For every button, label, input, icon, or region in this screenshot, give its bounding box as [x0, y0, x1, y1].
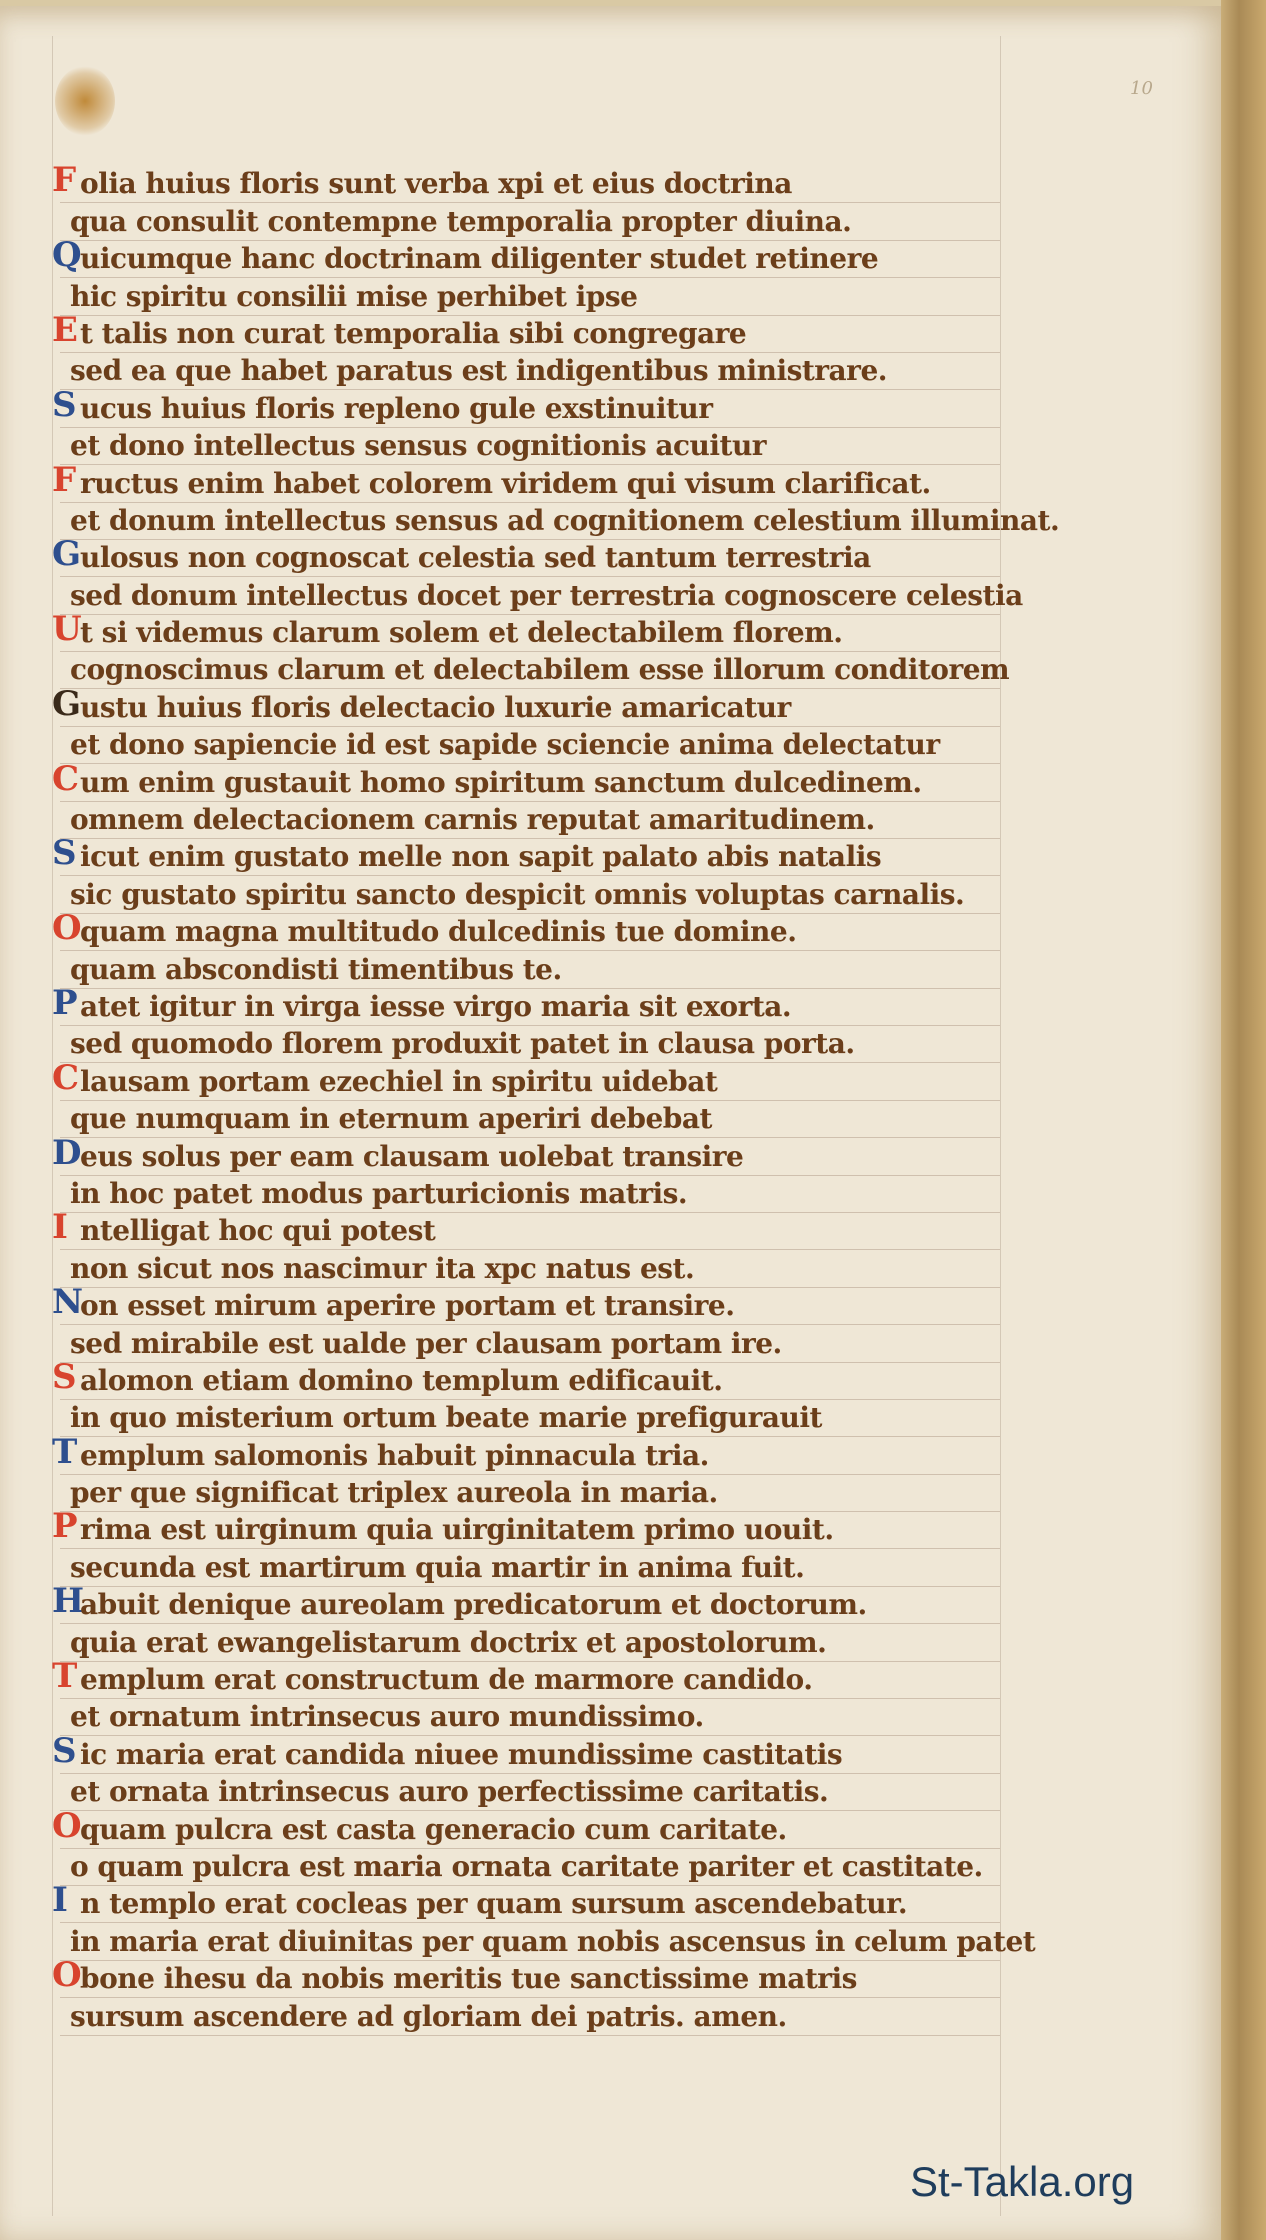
- initial-letter: S: [52, 385, 77, 425]
- manuscript-line: sursum ascendere ad gloriam dei patris. …: [60, 1998, 1000, 2035]
- line-text: sursum ascendere ad gloriam dei patris. …: [70, 2000, 787, 2033]
- line-text: quia erat ewangelistarum doctrix et apos…: [70, 1626, 826, 1659]
- line-text: in hoc patet modus parturicionis matris.: [70, 1177, 687, 1210]
- manuscript-line: Ut si videmus clarum solem et delectabil…: [60, 615, 1000, 652]
- line-text: per que significat triplex aureola in ma…: [70, 1476, 718, 1509]
- manuscript-line: Sucus huius floris repleno gule exstinui…: [60, 390, 1000, 427]
- line-text: olia huius floris sunt verba xpi et eius…: [80, 167, 792, 200]
- manuscript-line: sed quomodo florem produxit patet in cla…: [60, 1026, 1000, 1063]
- manuscript-line: Et talis non curat temporalia sibi congr…: [60, 316, 1000, 353]
- folio-number: 10: [1130, 78, 1153, 99]
- line-text: in maria erat diuinitas per quam nobis a…: [70, 1925, 1035, 1958]
- line-text: abuit denique aureolam predicatorum et d…: [80, 1588, 867, 1621]
- line-text: rima est uirginum quia uirginitatem prim…: [80, 1513, 834, 1546]
- manuscript-line: Sicut enim gustato melle non sapit palat…: [60, 839, 1000, 876]
- line-text: um enim gustauit homo spiritum sanctum d…: [80, 766, 922, 799]
- line-text: atet igitur in virga iesse virgo maria s…: [80, 990, 791, 1023]
- initial-letter: C: [52, 1058, 79, 1098]
- manuscript-page: 10 Folia huius floris sunt verba xpi et …: [0, 6, 1225, 2240]
- manuscript-line: sed ea que habet paratus est indigentibu…: [60, 353, 1000, 390]
- watermark: St-Takla.org: [910, 2158, 1134, 2206]
- line-text: et dono sapiencie id est sapide sciencie…: [70, 728, 940, 761]
- line-text: uicumque hanc doctrinam diligenter stude…: [80, 242, 878, 275]
- line-text: ulosus non cognoscat celestia sed tantum…: [80, 541, 871, 574]
- line-text: t talis non curat temporalia sibi congre…: [80, 317, 746, 350]
- manuscript-line: Fructus enim habet colorem viridem qui v…: [60, 465, 1000, 502]
- initial-letter: N: [52, 1282, 83, 1322]
- manuscript-line: Prima est uirginum quia uirginitatem pri…: [60, 1512, 1000, 1549]
- manuscript-line: Gustu huius floris delectacio luxurie am…: [60, 689, 1000, 726]
- manuscript-line: et dono sapiencie id est sapide sciencie…: [60, 727, 1000, 764]
- manuscript-line: Quicumque hanc doctrinam diligenter stud…: [60, 241, 1000, 278]
- manuscript-line: In templo erat cocleas per quam sursum a…: [60, 1886, 1000, 1923]
- manuscript-line: et ornatum intrinsecus auro mundissimo.: [60, 1699, 1000, 1736]
- line-text: icut enim gustato melle non sapit palato…: [80, 840, 881, 873]
- line-text: et ornata intrinsecus auro perfectissime…: [70, 1775, 828, 1808]
- manuscript-line: Gulosus non cognoscat celestia sed tantu…: [60, 540, 1000, 577]
- manuscript-line: sic gustato spiritu sancto despicit omni…: [60, 876, 1000, 913]
- initial-letter: Q: [52, 235, 82, 275]
- manuscript-line: Non esset mirum aperire portam et transi…: [60, 1288, 1000, 1325]
- line-text: sed quomodo florem produxit patet in cla…: [70, 1027, 855, 1060]
- manuscript-line: que numquam in eternum aperiri debebat: [60, 1101, 1000, 1138]
- line-text: alomon etiam domino templum edificauit.: [80, 1364, 722, 1397]
- manuscript-line: Cum enim gustauit homo spiritum sanctum …: [60, 764, 1000, 801]
- initial-letter: S: [52, 1731, 77, 1771]
- initial-letter: I: [52, 1207, 68, 1247]
- manuscript-line: omnem delectacionem carnis reputat amari…: [60, 802, 1000, 839]
- line-text: t si videmus clarum solem et delectabile…: [80, 616, 843, 649]
- manuscript-line: Templum erat constructum de marmore cand…: [60, 1662, 1000, 1699]
- manuscript-line: non sicut nos nascimur ita xpc natus est…: [60, 1250, 1000, 1287]
- line-text: quam pulcra est casta generacio cum cari…: [80, 1813, 787, 1846]
- manuscript-line: in hoc patet modus parturicionis matris.: [60, 1176, 1000, 1213]
- margin-rule-right: [1000, 36, 1001, 2216]
- initial-letter: P: [52, 1506, 78, 1546]
- line-text: quam abscondisti timentibus te.: [70, 953, 562, 986]
- initial-letter: O: [52, 908, 82, 948]
- line-text: cognoscimus clarum et delectabilem esse …: [70, 653, 1009, 686]
- manuscript-line: Obone ihesu da nobis meritis tue sanctis…: [60, 1961, 1000, 1998]
- line-text: qua consulit contempne temporalia propte…: [70, 205, 851, 238]
- initial-letter: F: [52, 460, 76, 500]
- line-text: sed ea que habet paratus est indigentibu…: [70, 354, 887, 387]
- initial-letter: P: [52, 983, 78, 1023]
- manuscript-line: Oquam magna multitudo dulcedinis tue dom…: [60, 914, 1000, 951]
- initial-letter: D: [52, 1133, 81, 1173]
- initial-letter: O: [52, 1806, 82, 1846]
- initial-letter: G: [52, 534, 81, 574]
- line-text: in quo misterium ortum beate marie prefi…: [70, 1401, 822, 1434]
- manuscript-line: Folia huius floris sunt verba xpi et eiu…: [60, 166, 1000, 203]
- initial-letter: E: [52, 310, 78, 350]
- line-text: emplum erat constructum de marmore candi…: [80, 1663, 812, 1696]
- manuscript-line: sed mirabile est ualde per clausam porta…: [60, 1325, 1000, 1362]
- manuscript-line: in maria erat diuinitas per quam nobis a…: [60, 1923, 1000, 1960]
- ink-stain: [55, 66, 115, 136]
- line-text: ustu huius floris delectacio luxurie ama…: [80, 691, 791, 724]
- manuscript-line: Templum salomonis habuit pinnacula tria.: [60, 1437, 1000, 1474]
- manuscript-line: in quo misterium ortum beate marie prefi…: [60, 1400, 1000, 1437]
- line-text: ructus enim habet colorem viridem qui vi…: [80, 467, 931, 500]
- manuscript-line: o quam pulcra est maria ornata caritate …: [60, 1849, 1000, 1886]
- manuscript-line: et donum intellectus sensus ad cognition…: [60, 503, 1000, 540]
- line-text: omnem delectacionem carnis reputat amari…: [70, 803, 875, 836]
- line-text: n templo erat cocleas per quam sursum as…: [80, 1887, 907, 1920]
- manuscript-line: qua consulit contempne temporalia propte…: [60, 203, 1000, 240]
- initial-letter: S: [52, 833, 77, 873]
- line-text: quam magna multitudo dulcedinis tue domi…: [80, 915, 796, 948]
- manuscript-line: secunda est martirum quia martir in anim…: [60, 1549, 1000, 1586]
- line-text: sed mirabile est ualde per clausam porta…: [70, 1327, 782, 1360]
- initial-letter: O: [52, 1955, 82, 1995]
- initial-letter: T: [52, 1656, 77, 1696]
- manuscript-line: per que significat triplex aureola in ma…: [60, 1475, 1000, 1512]
- line-text: et dono intellectus sensus cognitionis a…: [70, 429, 766, 462]
- initial-letter: G: [52, 684, 81, 724]
- manuscript-line: Habuit denique aureolam predicatorum et …: [60, 1587, 1000, 1624]
- line-text: non sicut nos nascimur ita xpc natus est…: [70, 1252, 694, 1285]
- initial-letter: U: [52, 609, 82, 649]
- text-block: Folia huius floris sunt verba xpi et eiu…: [60, 166, 1000, 2036]
- line-text: et ornatum intrinsecus auro mundissimo.: [70, 1700, 704, 1733]
- line-text: sed donum intellectus docet per terrestr…: [70, 579, 1023, 612]
- manuscript-line: Oquam pulcra est casta generacio cum car…: [60, 1811, 1000, 1848]
- line-text: lausam portam ezechiel in spiritu uideba…: [80, 1065, 717, 1098]
- line-text: emplum salomonis habuit pinnacula tria.: [80, 1439, 709, 1472]
- manuscript-line: Salomon etiam domino templum edificauit.: [60, 1363, 1000, 1400]
- line-text: ucus huius floris repleno gule exstinuit…: [80, 392, 713, 425]
- manuscript-line: Patet igitur in virga iesse virgo maria …: [60, 989, 1000, 1026]
- line-text: et donum intellectus sensus ad cognition…: [70, 504, 1059, 537]
- line-text: hic spiritu consilii mise perhibet ipse: [70, 280, 637, 313]
- manuscript-line: cognoscimus clarum et delectabilem esse …: [60, 652, 1000, 689]
- manuscript-line: Clausam portam ezechiel in spiritu uideb…: [60, 1063, 1000, 1100]
- manuscript-line: quam abscondisti timentibus te.: [60, 951, 1000, 988]
- page-edge: [1221, 0, 1266, 2240]
- line-text: on esset mirum aperire portam et transir…: [80, 1289, 734, 1322]
- line-text: bone ihesu da nobis meritis tue sanctiss…: [80, 1962, 857, 1995]
- line-text: eus solus per eam clausam uolebat transi…: [80, 1140, 743, 1173]
- initial-letter: F: [52, 160, 76, 200]
- initial-letter: S: [52, 1357, 77, 1397]
- manuscript-line: Intelligat hoc qui potest: [60, 1213, 1000, 1250]
- line-text: ic maria erat candida niuee mundissime c…: [80, 1738, 842, 1771]
- manuscript-line: Deus solus per eam clausam uolebat trans…: [60, 1138, 1000, 1175]
- initial-letter: I: [52, 1880, 68, 1920]
- line-text: ntelligat hoc qui potest: [80, 1214, 435, 1247]
- manuscript-line: et dono intellectus sensus cognitionis a…: [60, 428, 1000, 465]
- manuscript-line: et ornata intrinsecus auro perfectissime…: [60, 1774, 1000, 1811]
- manuscript-line: sed donum intellectus docet per terrestr…: [60, 577, 1000, 614]
- line-text: que numquam in eternum aperiri debebat: [70, 1102, 712, 1135]
- manuscript-line: quia erat ewangelistarum doctrix et apos…: [60, 1624, 1000, 1661]
- line-text: sic gustato spiritu sancto despicit omni…: [70, 878, 964, 911]
- manuscript-line: hic spiritu consilii mise perhibet ipse: [60, 278, 1000, 315]
- initial-letter: C: [52, 759, 79, 799]
- manuscript-line: Sic maria erat candida niuee mundissime …: [60, 1736, 1000, 1773]
- line-text: o quam pulcra est maria ornata caritate …: [70, 1850, 983, 1883]
- initial-letter: T: [52, 1432, 77, 1472]
- line-text: secunda est martirum quia martir in anim…: [70, 1551, 804, 1584]
